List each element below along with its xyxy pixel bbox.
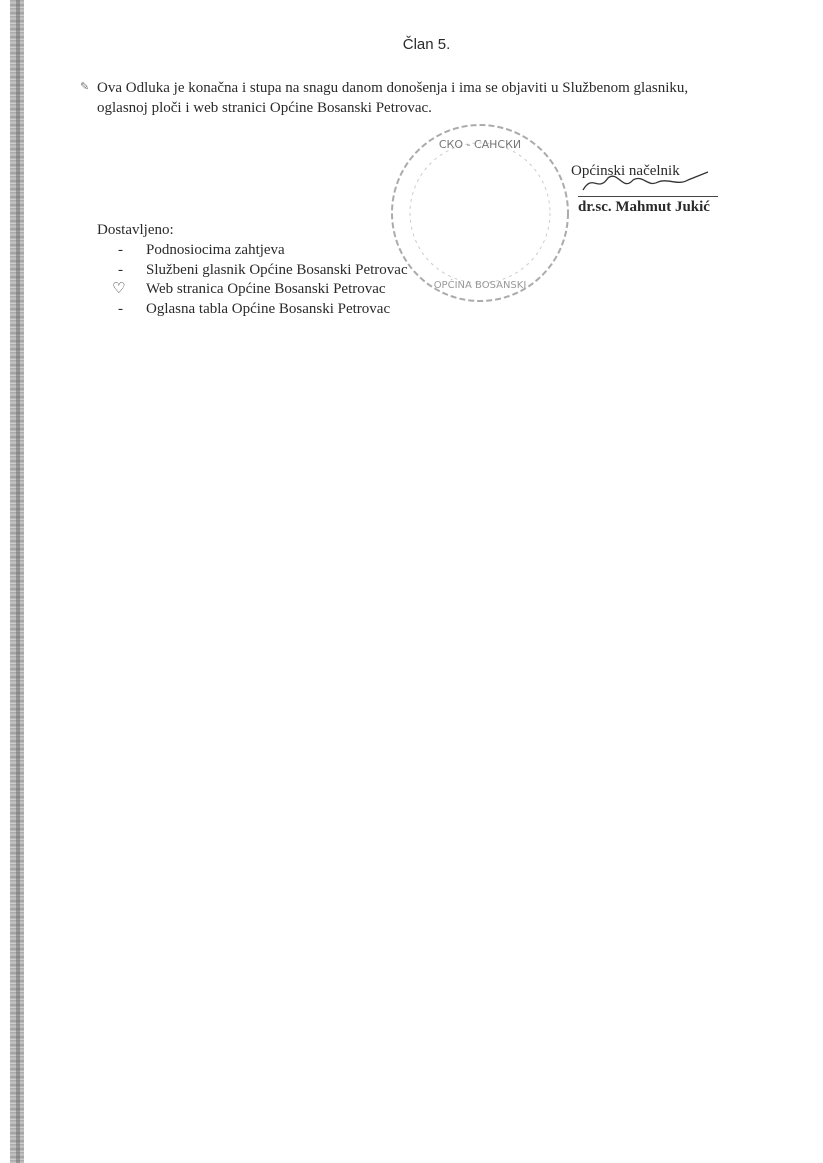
svg-text:OPĆINA BOSANSKI: OPĆINA BOSANSKI <box>434 278 527 291</box>
signature-scribble-icon <box>578 168 718 196</box>
distribution-label: Dostavljeno: <box>97 222 174 239</box>
list-item: ♡ Web stranica Općine Bosanski Petrovac <box>118 280 408 300</box>
distribution-list: - Podnosiocima zahtjeva - Službeni glasn… <box>118 241 408 319</box>
svg-text:СКО - САНСКИ: СКО - САНСКИ <box>439 138 521 151</box>
list-item: - Službeni glasnik Općine Bosanski Petro… <box>118 261 408 281</box>
list-item: - Podnosiocima zahtjeva <box>118 241 408 261</box>
heart-mark-icon: ♡ <box>112 280 146 300</box>
scan-binding-shadow <box>16 0 20 1163</box>
signatory-name: dr.sc. Mahmut Jukić <box>578 199 710 216</box>
article-heading: Član 5. <box>0 36 823 53</box>
signature-line <box>578 196 718 197</box>
body-paragraph: Ova Odluka je konačna i stupa na snagu d… <box>97 78 717 118</box>
official-stamp-icon: СКО - САНСКИ OPĆINA BOSANSKI <box>380 118 580 318</box>
list-item: - Oglasna tabla Općine Bosanski Petrovac <box>118 300 408 320</box>
pen-mark-icon: ✎ <box>80 80 89 93</box>
